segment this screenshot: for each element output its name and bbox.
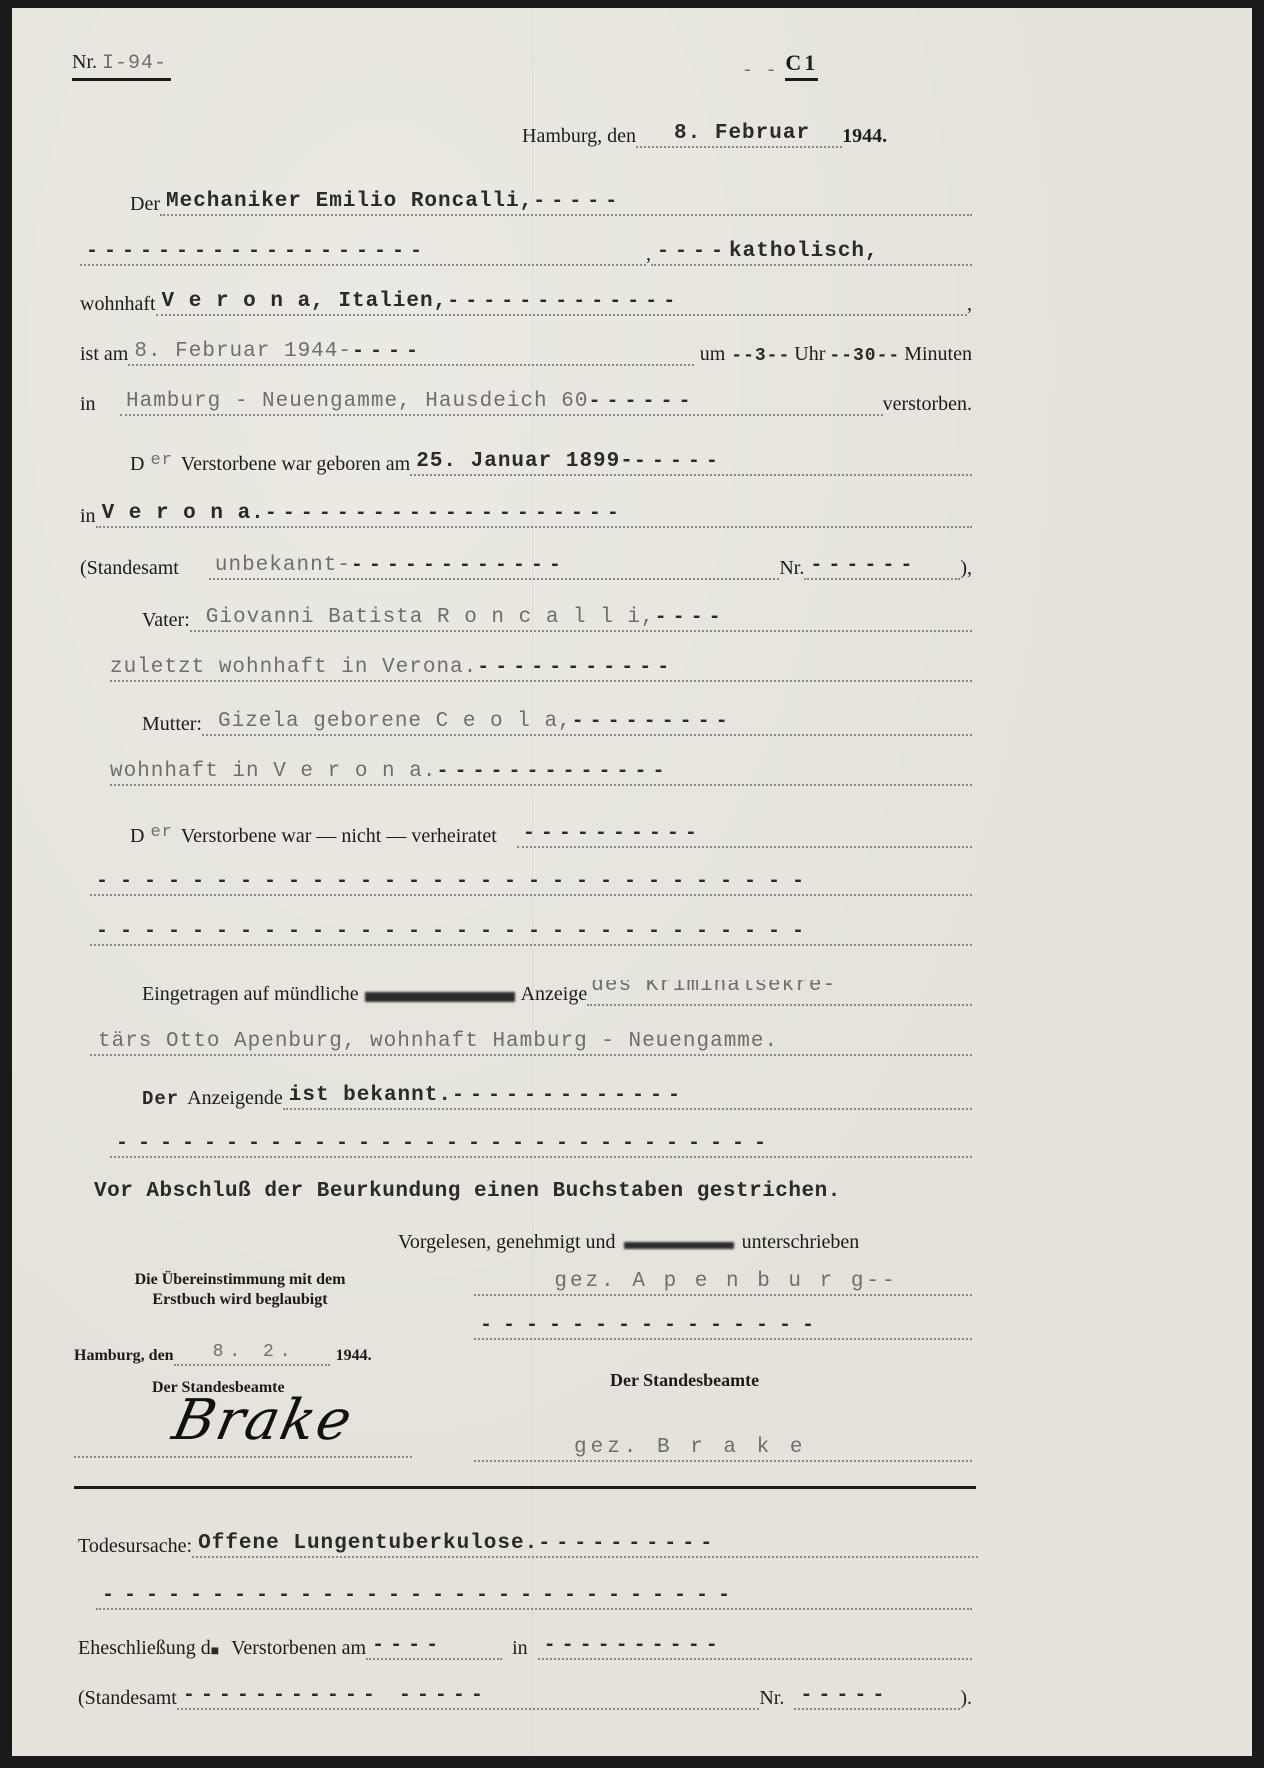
residence-label: wohnhaft <box>80 292 156 316</box>
reporter-line-2: tärs Otto Apenburg, wohnhaft Hamburg - N… <box>98 1030 778 1054</box>
fill-dashes: ---- <box>352 340 424 364</box>
registry-value: unbekannt- <box>215 554 351 578</box>
known-blank-line: ------------------------------ <box>110 1132 972 1158</box>
marriage-registry-label: (Standesamt <box>78 1686 177 1710</box>
marriage-registry-line: (Standesamt ----------- ----- Nr. ----- … <box>78 1684 972 1710</box>
fill-dashes: ---- <box>372 1634 444 1658</box>
minute-label: Minuten <box>904 342 972 366</box>
report-label: Eingetragen auf mündliche <box>142 982 359 1006</box>
fill-dashes: ------ <box>588 390 696 414</box>
birth-prefix: D <box>130 452 144 476</box>
fill-dashes: ------------- <box>452 1084 686 1108</box>
record-number: Nr. I-94- <box>72 50 171 81</box>
certification-date: 8. 2. <box>213 1344 297 1364</box>
handwritten-signature: Brake <box>167 1388 359 1453</box>
fill-dashes: ------------------------------ <box>96 920 816 944</box>
married-line: D er Verstorbene war — nicht — verheirat… <box>130 822 972 848</box>
record-number-label: Nr. <box>72 51 97 73</box>
fill-dashes: ------------ <box>351 554 567 578</box>
fill-dashes: ------------------------------ <box>96 870 816 894</box>
fill-dashes: ----------- ----- <box>183 1684 489 1708</box>
fill-dashes: ------------- <box>447 290 681 314</box>
fill-dashes: ---------- <box>523 822 703 846</box>
fill-dashes: ----------------------------- <box>102 1584 740 1608</box>
mother-label: Mutter: <box>142 712 202 736</box>
section-divider <box>74 1486 976 1489</box>
fill-dashes: ---------- <box>538 1532 718 1556</box>
registry-label: (Standesamt <box>80 556 179 580</box>
death-place-label: in <box>80 392 120 416</box>
cause-blank-line: ----------------------------- <box>96 1584 972 1610</box>
deceased-line: Der Mechaniker Emilio Roncalli,----- <box>130 190 972 216</box>
report-line: Eingetragen auf mündliche Anzeige des Kr… <box>142 980 972 1006</box>
father-name: Giovanni Batista R o n c a l l i, <box>206 606 655 630</box>
record-code: - - C1 <box>742 50 818 81</box>
reporter-signature-line: gez. A p e n b u r g-- <box>474 1270 972 1296</box>
birth-label: Verstorbene war geboren am <box>181 452 410 476</box>
fill-dashes: ------------- <box>436 760 670 784</box>
mother-line: Mutter: Gizela geborene C e o l a,------… <box>142 710 972 736</box>
read-approved-line: Vorgelesen, genehmigt und unterschrieben <box>398 1230 859 1254</box>
fill-dashes: ---- <box>655 606 727 630</box>
fill-dashes: ---------- <box>544 1634 724 1658</box>
death-date-value: 8. Februar 1944- <box>134 340 352 364</box>
issue-place-date: Hamburg, den 8. Februar 1944. <box>522 122 887 148</box>
record-code-prefix: - - <box>742 61 777 81</box>
certification-year: 1944. <box>336 1346 372 1366</box>
mother-residence: wohnhaft in V e r o n a. <box>110 760 436 784</box>
death-date-label: ist am <box>80 342 128 366</box>
record-number-value: I-94- <box>102 52 167 75</box>
certification-date-line: Hamburg, den 8. 2. 1944. <box>74 1344 372 1366</box>
um-label: um <box>700 342 726 366</box>
father-residence: zuletzt wohnhaft in Verona. <box>110 656 477 680</box>
read-approved-label: Vorgelesen, genehmigt und <box>398 1230 616 1254</box>
death-minute: --30-- <box>829 346 900 366</box>
registry-line: (Standesamt unbekannt------------- Nr. -… <box>80 554 972 580</box>
certification-line-2: Erstbuch wird beglaubigt <box>90 1290 390 1310</box>
known-label: Anzeigende <box>187 1086 283 1110</box>
marriage-nr-label: Nr. <box>759 1686 784 1710</box>
report-label-2: Anzeige <box>521 982 588 1006</box>
issue-date: 8. Februar <box>674 122 810 146</box>
birth-place-line: in V e r o n a.-------------------- <box>80 502 972 528</box>
died-label: verstorben. <box>883 392 972 416</box>
fill-dashes: ----- <box>800 1684 890 1708</box>
marriage-in-label: in <box>512 1636 528 1660</box>
certification-place: Hamburg, den <box>74 1346 174 1366</box>
religion-value: katholisch, <box>729 240 879 264</box>
marriage-close: ). <box>960 1686 972 1710</box>
fill-dashes: ---- <box>657 240 729 264</box>
correction-note: Vor Abschluß der Beurkundung einen Buchs… <box>94 1180 841 1203</box>
issue-place-label: Hamburg, den <box>522 124 636 148</box>
signed-label: unterschrieben <box>742 1230 860 1254</box>
official-signature: gez. B r a k e <box>574 1436 806 1460</box>
fill-dashes: ----------- <box>477 656 675 680</box>
fill-dashes: ------ <box>810 554 918 578</box>
blank-line-1: ------------------------------ <box>90 870 972 896</box>
issue-year: 1944. <box>842 124 887 148</box>
blank-line-2: ------------------------------ <box>90 920 972 946</box>
redaction-mark <box>365 992 515 1002</box>
marriage-label: Eheschließung d <box>78 1636 211 1660</box>
mother-name: Gizela geborene C e o l a, <box>218 710 572 734</box>
birth-line: D er Verstorbene war geboren am 25. Janu… <box>130 450 972 476</box>
father-residence-line: zuletzt wohnhaft in Verona.----------- <box>110 656 972 682</box>
residence-line: wohnhaft V e r o n a, Italien,----------… <box>80 290 972 316</box>
marriage-line: Eheschließung d ■ Verstorbenen am ---- i… <box>78 1634 972 1660</box>
known-line: Der Anzeigende ist bekannt.------------- <box>142 1084 972 1110</box>
known-value: ist bekannt. <box>289 1084 452 1108</box>
fill-dashes: ----- <box>634 450 724 474</box>
reporter-line: tärs Otto Apenburg, wohnhaft Hamburg - N… <box>90 1030 972 1056</box>
mother-residence-line: wohnhaft in V e r o n a.------------- <box>110 760 972 786</box>
cause-of-death-line: Todesursache: Offene Lungentuberkulose.-… <box>78 1532 978 1558</box>
reporter-signature-line-2: --------------- <box>474 1314 972 1340</box>
religion-line: ------------------- , ----katholisch, <box>80 240 972 266</box>
registry-nr-label: Nr. <box>779 556 804 580</box>
certificate-sheet: Nr. I-94- - - C1 Hamburg, den 8. Februar… <box>12 8 1252 1756</box>
known-der: Der <box>142 1088 179 1110</box>
death-place-value: Hamburg - Neuengamme, Hausdeich 60 <box>126 390 588 414</box>
certification-line-1: Die Übereinstimmung mit dem <box>90 1270 390 1290</box>
fill-dashes: ----- <box>533 190 623 214</box>
certification-text: Die Übereinstimmung mit dem Erstbuch wir… <box>90 1270 390 1310</box>
father-label: Vater: <box>142 608 190 632</box>
birth-date-value: 25. Januar 1899- <box>416 450 634 474</box>
father-line: Vater: Giovanni Batista R o n c a l l i,… <box>142 606 972 632</box>
cause-label: Todesursache: <box>78 1534 192 1558</box>
official-signature-line: gez. B r a k e <box>474 1436 972 1462</box>
death-hour: --3-- <box>731 346 790 366</box>
der-label: Der <box>130 192 160 216</box>
fill-dashes: ------------------------------ <box>116 1132 776 1156</box>
married-prefix-suffix: er <box>150 823 172 842</box>
married-label: Verstorbene war — nicht — verheiratet <box>181 824 497 848</box>
redaction-mark <box>624 1242 734 1249</box>
fill-dashes: -------------------- <box>265 502 625 526</box>
registry-close: ), <box>960 556 972 580</box>
cause-value: Offene Lungentuberkulose. <box>198 1532 538 1556</box>
marriage-label-2: Verstorbenen am <box>231 1636 366 1660</box>
reporter-line-1: des Kriminalsekre- <box>591 980 836 998</box>
marriage-strike: ■ <box>211 1644 225 1660</box>
deceased-name: Mechaniker Emilio Roncalli, <box>166 190 533 214</box>
death-place-line: in Hamburg - Neuengamme, Hausdeich 60---… <box>80 390 972 416</box>
record-code-value: C1 <box>785 50 818 81</box>
birth-prefix-suffix: er <box>150 451 172 470</box>
death-date-line: ist am 8. Februar 1944----- um --3-- Uhr… <box>80 340 972 366</box>
residence-value: V e r o n a, Italien, <box>162 290 448 314</box>
certification-signature-line: Brake <box>74 1396 412 1458</box>
fill-dashes: --------- <box>572 710 734 734</box>
birth-place-label: in <box>80 504 96 528</box>
official-label: Der Standesbeamte <box>610 1370 759 1391</box>
fill-dashes: ------------------- <box>86 240 428 264</box>
reporter-signature: gez. A p e n b u r g-- <box>554 1270 897 1294</box>
birth-place-value: V e r o n a. <box>102 502 265 526</box>
married-prefix: D <box>130 824 144 848</box>
correction-note-text: Vor Abschluß der Beurkundung einen Buchs… <box>94 1180 841 1203</box>
fill-dashes: --------------- <box>480 1314 825 1338</box>
hour-label: Uhr <box>794 342 825 366</box>
